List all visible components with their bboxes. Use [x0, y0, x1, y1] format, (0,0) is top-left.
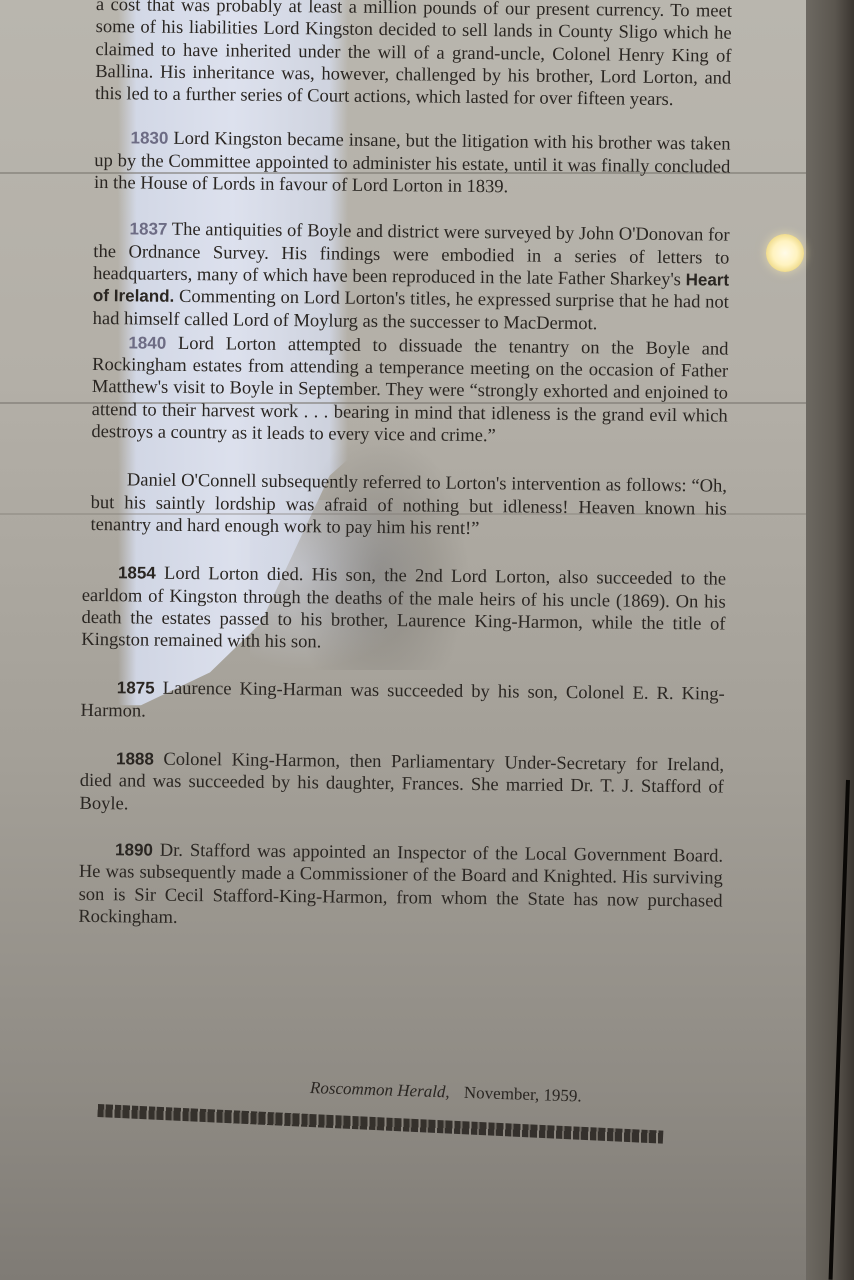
year-label: 1888	[116, 749, 154, 768]
year-label: 1830	[130, 129, 168, 148]
paragraph-text: Lord Lorton attempted to dissuade the te…	[91, 334, 728, 447]
paragraph-oconnell: Daniel O'Connell subsequently referred t…	[90, 469, 727, 543]
year-label: 1840	[128, 333, 166, 352]
publication-name: Roscommon Herald,	[310, 1078, 450, 1101]
lamp-reflection	[766, 234, 804, 272]
publication-date: November, 1959.	[464, 1083, 582, 1106]
paragraph-1875: 1875 Laurence King-Harman was succeeded …	[80, 677, 724, 728]
year-label: 1890	[115, 840, 153, 859]
year-label: 1854	[118, 563, 156, 582]
paragraph-text: Lord Kingston became insane, but the lit…	[94, 129, 731, 197]
paragraph-text: Colonel King-Harmon, then Parliamentary …	[79, 750, 724, 814]
paragraph-text: Dr. Stafford was appointed an Inspector …	[78, 841, 723, 928]
paragraph-text: The antiquities of Boyle and district we…	[93, 220, 730, 290]
paragraph-1890: 1890 Dr. Stafford was appointed an Inspe…	[78, 839, 723, 935]
paragraph-1830: 1830 Lord Kingston became insane, but th…	[94, 127, 731, 201]
paragraph-text: Laurence King-Harman was succeeded by hi…	[80, 679, 724, 721]
year-label: 1837	[130, 220, 168, 239]
year-label: 1875	[117, 679, 155, 698]
paragraph-text: a cost that was probably at least a mill…	[95, 0, 732, 110]
paragraph-1837: 1837 The antiquities of Boyle and distri…	[93, 218, 730, 336]
document-body: a cost that was probably at least a mill…	[86, 0, 732, 955]
paragraph-text: Lord Lorton died. His son, the 2nd Lord …	[81, 564, 726, 653]
frame-edge	[806, 0, 854, 1280]
paragraph-text: Daniel O'Connell subsequently referred t…	[90, 471, 727, 539]
paragraph-1840: 1840 Lord Lorton attempted to dissuade t…	[91, 332, 728, 450]
paragraph-1888: 1888 Colonel King-Harmon, then Parliamen…	[79, 748, 724, 822]
paragraph-1854: 1854 Lord Lorton died. His son, the 2nd …	[81, 562, 726, 658]
paragraph-text: Commenting on Lord Lorton's titles, he e…	[93, 287, 729, 334]
paragraph-intro: a cost that was probably at least a mill…	[95, 0, 732, 112]
